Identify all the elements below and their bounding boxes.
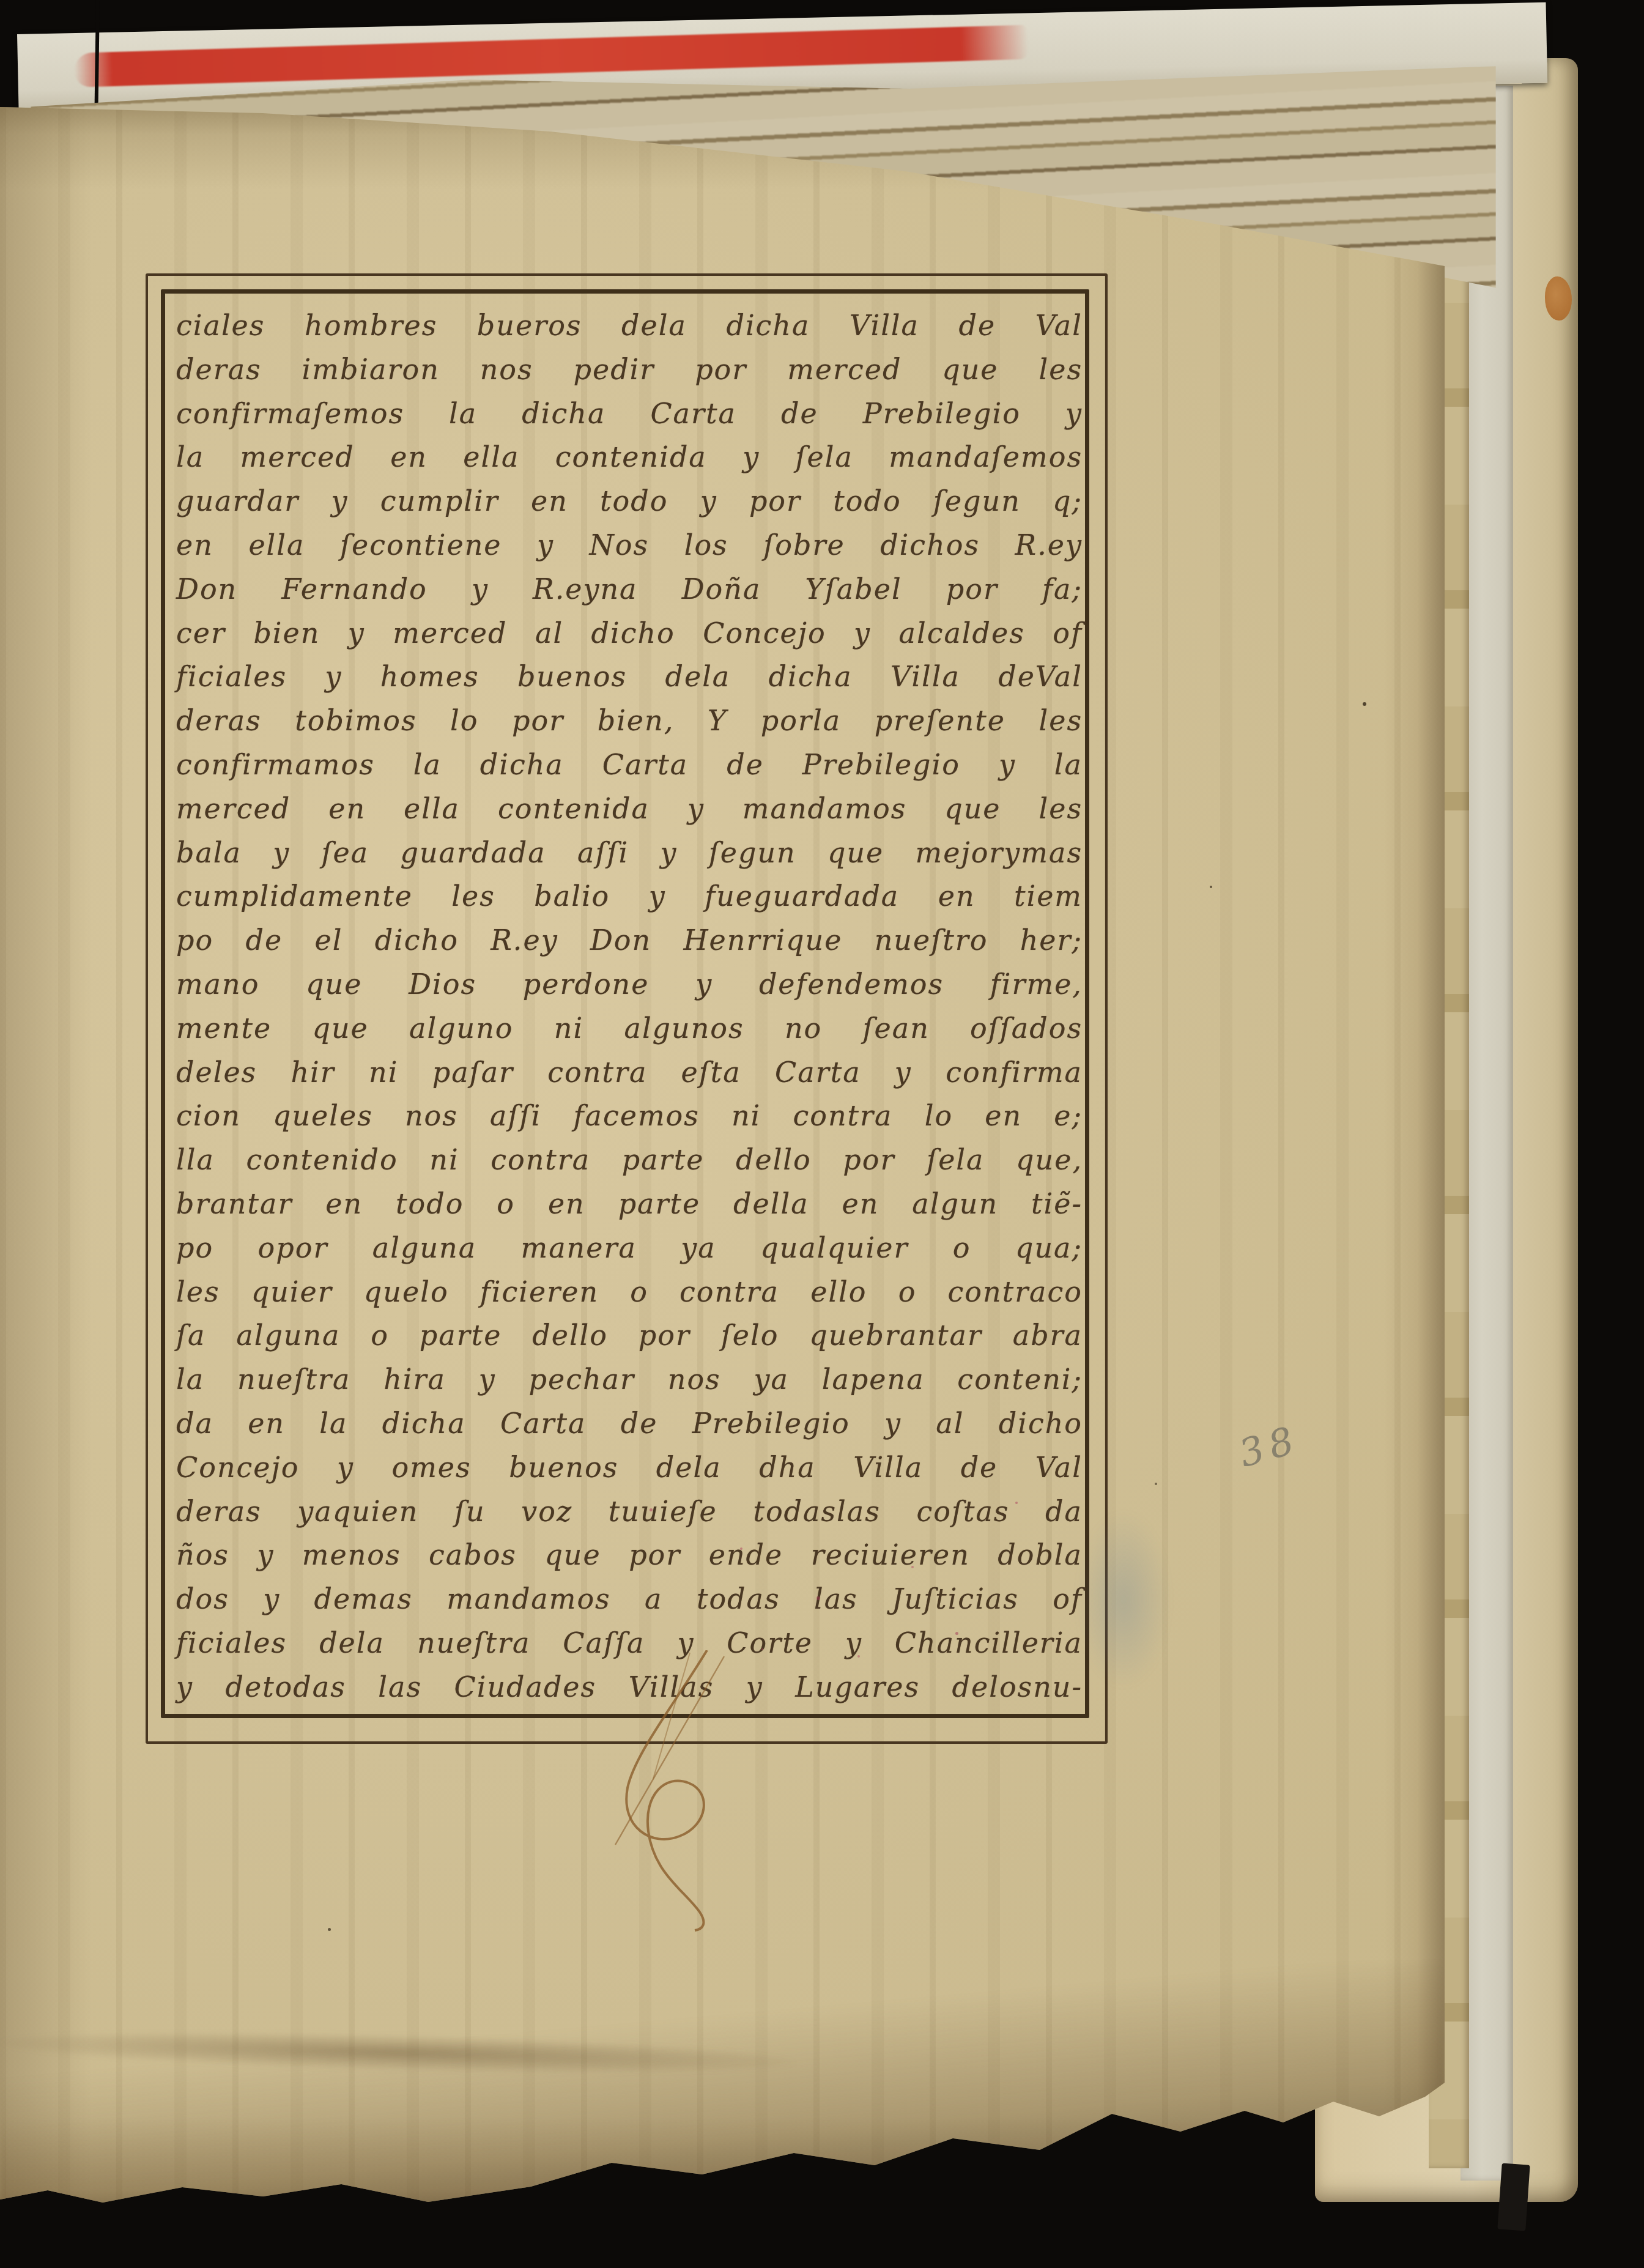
manuscript-line: deras yaquien ſu voz tuuieſe todaslas co… bbox=[176, 1490, 1083, 1534]
red-edge-stripe bbox=[73, 25, 1028, 87]
manuscript-line: deles hir ni paſar contra eſta Carta y c… bbox=[176, 1051, 1083, 1095]
manuscript-line: deras imbiaron nos pedir por merced que … bbox=[176, 348, 1083, 392]
leather-index-tab bbox=[1545, 276, 1572, 321]
manuscript-line: les quier quelo ficieren o contra ello o… bbox=[176, 1270, 1083, 1314]
manuscript-line: merced en ella contenida y mandamos que … bbox=[176, 787, 1083, 831]
manuscript-line: cer bien y merced al dicho Concejo y alc… bbox=[176, 612, 1083, 656]
manuscript-line: deras tobimos lo por bien, Y porla preſe… bbox=[176, 699, 1083, 743]
manuscript-line: po de el dicho R.ey Don Henrrique nueſtr… bbox=[176, 919, 1083, 963]
manuscript-line: brantar en todo o en parte della en algu… bbox=[176, 1182, 1083, 1226]
manuscript-line: mano que Dios perdone y defendemos firme… bbox=[176, 963, 1083, 1007]
manuscript-line: lla contenido ni contra parte dello por … bbox=[176, 1138, 1083, 1182]
manuscript-line: guardar y cumplir en todo y por todo ſeg… bbox=[176, 480, 1083, 524]
manuscript-line: la merced en ella contenida y ſela manda… bbox=[176, 435, 1083, 480]
manuscript-text-block: ciales hombres bueros dela dicha Villa d… bbox=[176, 304, 1083, 1711]
pen-flourish bbox=[580, 1650, 739, 1932]
manuscript-line: ños y menos cabos que por ende reciuiere… bbox=[176, 1533, 1083, 1577]
manuscript-line: mente que alguno ni algunos no ſean oſſa… bbox=[176, 1007, 1083, 1051]
blue-ink-smudge bbox=[1078, 1511, 1169, 1688]
manuscript-line: ficiales y homes buenos dela dicha Villa… bbox=[176, 655, 1083, 699]
manuscript-line: confirmaſemos la dicha Carta de Prebileg… bbox=[176, 392, 1083, 436]
ribbon-bookmark-tail bbox=[1497, 2163, 1530, 2231]
manuscript-line: cion queles nos aſſi facemos ni contra l… bbox=[176, 1094, 1083, 1138]
bottom-edge-stain bbox=[0, 1963, 1445, 2220]
manuscript-line: da en la dicha Carta de Prebilegio y al … bbox=[176, 1402, 1083, 1446]
manuscript-photo: ciales hombres bueros dela dicha Villa d… bbox=[0, 0, 1644, 2268]
manuscript-line: cumplidamente les balio y fueguardada en… bbox=[176, 875, 1083, 919]
manuscript-line: confirmamos la dicha Carta de Prebilegio… bbox=[176, 743, 1083, 787]
manuscript-line: bala y ſea guardada aſſi y ſegun que mej… bbox=[176, 831, 1083, 875]
manuscript-line: Concejo y omes buenos dela dha Villa de … bbox=[176, 1446, 1083, 1490]
manuscript-line: en ella ſecontiene y Nos los ſobre dicho… bbox=[176, 524, 1083, 568]
manuscript-line: dos y demas mandamos a todas las Juſtici… bbox=[176, 1577, 1083, 1621]
manuscript-line: po opor alguna manera ya qualquier o qua… bbox=[176, 1226, 1083, 1270]
manuscript-line: ciales hombres bueros dela dicha Villa d… bbox=[176, 304, 1083, 348]
manuscript-line: la nueſtra hira y pechar nos ya lapena c… bbox=[176, 1358, 1083, 1402]
manuscript-line: ſa alguna o parte dello por ſelo quebran… bbox=[176, 1314, 1083, 1358]
manuscript-line: Don Fernando y R.eyna Doña Yſabel por fa… bbox=[176, 568, 1083, 612]
